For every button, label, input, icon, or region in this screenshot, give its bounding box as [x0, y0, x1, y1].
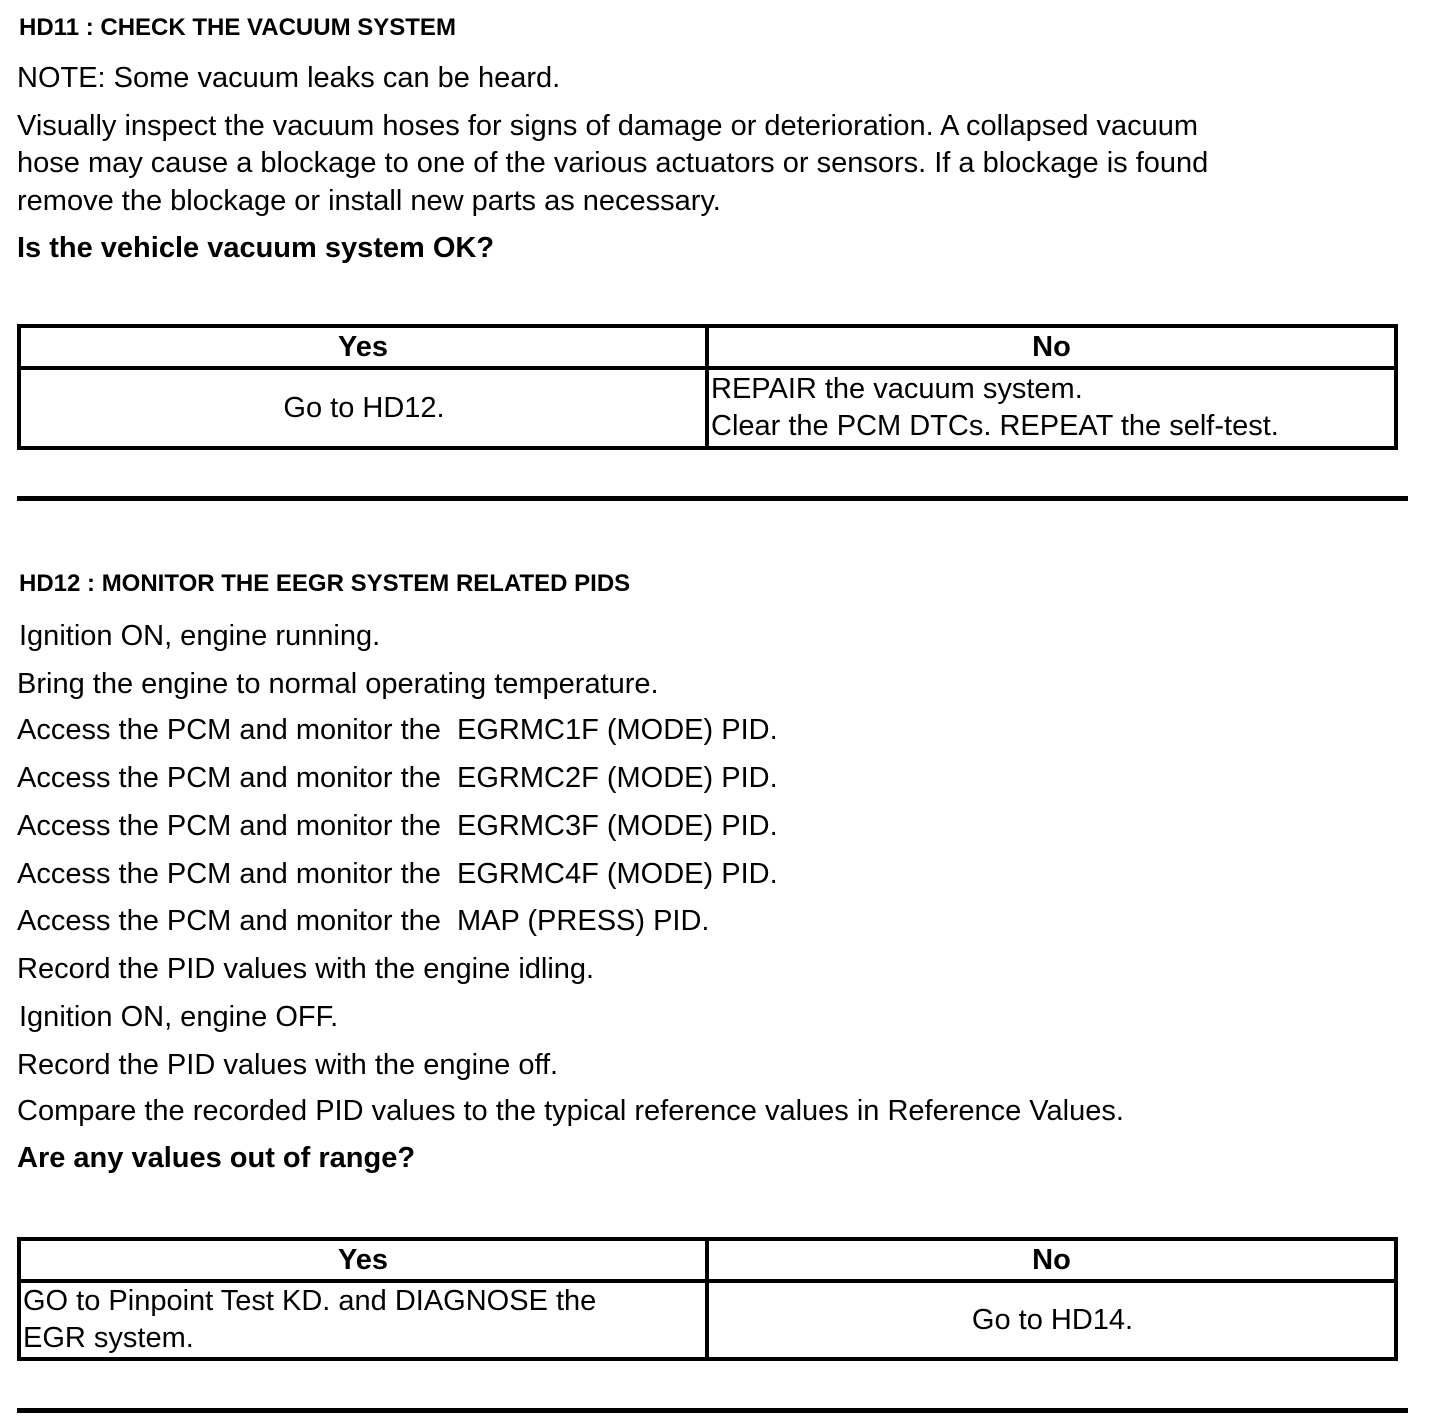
table-row: Go to HD12. REPAIR the vacuum system. Cl… — [19, 368, 1396, 448]
no-cell: Go to HD14. — [707, 1281, 1396, 1359]
no-action-text: REPAIR the vacuum system. — [711, 371, 1394, 408]
step-text: Access the PCM and monitor the EGRMC4F (… — [17, 856, 778, 893]
no-action-text: Go to HD14. — [972, 1304, 1133, 1336]
step-text: Ignition ON, engine running. — [19, 618, 380, 655]
step-text: Access the PCM and monitor the MAP (PRES… — [17, 903, 710, 940]
yes-header: Yes — [19, 1239, 707, 1281]
paragraph-line: Visually inspect the vacuum hoses for si… — [17, 108, 1198, 145]
table-row: GO to Pinpoint Test KD. and DIAGNOSE the… — [19, 1281, 1396, 1359]
section-divider — [17, 1408, 1408, 1413]
step-text: Access the PCM and monitor the EGRMC2F (… — [17, 760, 778, 797]
step-text: Access the PCM and monitor the EGRMC3F (… — [17, 808, 778, 845]
step-text: Ignition ON, engine OFF. — [19, 999, 338, 1036]
paragraph-line: remove the blockage or install new parts… — [17, 183, 721, 220]
no-cell: REPAIR the vacuum system. Clear the PCM … — [707, 368, 1396, 448]
yes-header: Yes — [19, 326, 707, 368]
question-text: Is the vehicle vacuum system OK? — [17, 232, 494, 265]
section-heading-hd11: HD11 : CHECK THE VACUUM SYSTEM — [19, 14, 456, 42]
table-header-row: Yes No — [19, 326, 1396, 368]
step-text: Access the PCM and monitor the EGRMC1F (… — [17, 712, 778, 749]
question-text: Are any values out of range? — [17, 1142, 415, 1175]
yes-action-text: EGR system. — [23, 1320, 705, 1357]
decision-table-hd11: Yes No Go to HD12. REPAIR the vacuum sys… — [17, 324, 1398, 450]
yes-cell: GO to Pinpoint Test KD. and DIAGNOSE the… — [19, 1281, 707, 1359]
no-header: No — [707, 1239, 1396, 1281]
section-divider — [17, 496, 1408, 501]
yes-action-text: Go to HD12. — [283, 392, 444, 424]
section-heading-hd12: HD12 : MONITOR THE EEGR SYSTEM RELATED P… — [19, 570, 630, 598]
decision-table-hd12: Yes No GO to Pinpoint Test KD. and DIAGN… — [17, 1237, 1398, 1361]
table-header-row: Yes No — [19, 1239, 1396, 1281]
note-text: NOTE: Some vacuum leaks can be heard. — [17, 60, 560, 97]
step-text: Compare the recorded PID values to the t… — [17, 1093, 1124, 1130]
step-text: Record the PID values with the engine id… — [17, 951, 594, 988]
step-text: Record the PID values with the engine of… — [17, 1047, 558, 1084]
yes-cell: Go to HD12. — [19, 368, 707, 448]
no-header: No — [707, 326, 1396, 368]
paragraph-line: hose may cause a blockage to one of the … — [17, 145, 1208, 182]
yes-action-text: GO to Pinpoint Test KD. and DIAGNOSE the — [23, 1283, 705, 1320]
step-text: Bring the engine to normal operating tem… — [17, 666, 659, 703]
no-action-text: Clear the PCM DTCs. REPEAT the self-test… — [711, 408, 1394, 445]
